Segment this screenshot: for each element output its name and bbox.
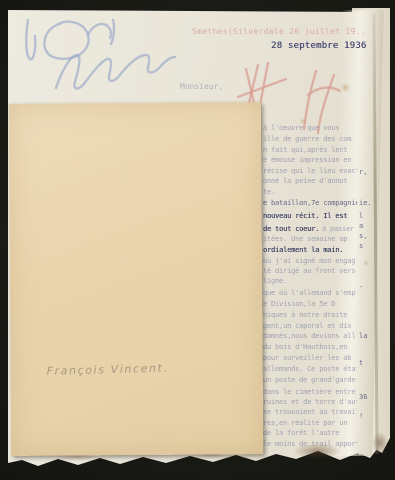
- letter-line-fragment: dans le cimetière entre: [263, 388, 357, 396]
- handwritten-inscription: [12, 10, 202, 105]
- paper-stain: [293, 443, 341, 459]
- letter-line-fragment: niques à notre droite: [263, 311, 357, 319]
- letter-line-fragment: où j'ai signé mon engag: [263, 257, 357, 265]
- edge-line-fragment: l: [359, 212, 363, 220]
- edge-line-fragment: 36: [359, 393, 367, 401]
- letter-line-fragment: n fait qui,après lect: [263, 146, 357, 154]
- edge-line-fragment: la: [359, 332, 367, 340]
- overlay-blank-sheet: François Vincent.: [9, 102, 263, 456]
- edge-line-fragment: ie.: [359, 199, 372, 207]
- letter-line-fragment: à passer: [322, 225, 358, 233]
- letter-line-fragment: ruines et de terre d'aut: [263, 398, 357, 406]
- edge-line-fragment: a: [359, 222, 363, 230]
- letter-line-fragment: te.: [263, 188, 357, 196]
- edge-line-fragment: r,: [359, 168, 367, 176]
- letter-line-fragment: onné la peine d'annot: [263, 177, 357, 185]
- letter-line-fragment: ordialement la main.: [263, 246, 357, 254]
- letter-line-fragment: itées. Une semaine ap: [263, 235, 357, 243]
- letter-line-fragment: e Division,la 5e D: [263, 300, 357, 308]
- letter-line-fragment: un poste de grand'garde: [263, 376, 357, 384]
- edge-line-fragment: s: [359, 242, 363, 250]
- letter-line-fragment: récise qui le lieu exact: [263, 167, 357, 175]
- letter-line-fragment: du bois d'Hautbois,en: [263, 343, 357, 351]
- foxing-spot: [299, 118, 306, 124]
- edge-line-fragment: t: [359, 359, 363, 367]
- letter-line-fragment: à l'oeuvre que vous: [263, 124, 357, 132]
- letter-line-fragment: damnés,nous devions all: [263, 332, 357, 340]
- document-scan: Smethes(Silverdale 26 juillet 19.. 28 se…: [0, 0, 395, 480]
- edge-line-fragment: -: [359, 283, 363, 291]
- letter-line-fragment: nouveau récit. Il est: [263, 212, 357, 220]
- letter-line-fragment: ille de guerre des com: [263, 135, 357, 143]
- letter-line-fragment: gent,un caporal et dix: [263, 322, 357, 330]
- letter-line-fragment: ligne.: [263, 277, 357, 285]
- letter-line-fragment: allemands. Ce poste étai: [263, 365, 357, 373]
- letter-line-fragment: se trouvaient au travail: [263, 408, 357, 416]
- handwritten-name: François Vincent.: [46, 361, 168, 377]
- place-date-line: Smethes(Silverdale 26 juillet 19..: [192, 27, 366, 36]
- letter-line-fragment: pour surveiller les ab: [263, 354, 357, 362]
- letter-line-fragment: res,en réalité par un: [263, 419, 357, 427]
- letter-line-fragment: té dirigé au front vers: [263, 267, 357, 275]
- letter-line-fragment: e bataillon,7e compagnie.: [263, 199, 357, 207]
- edge-line-fragment: !: [359, 412, 363, 420]
- letter-line-fragment: que où l'allemand s'emp: [263, 289, 357, 297]
- edge-line-fragment: s,: [359, 232, 367, 240]
- letter-line-fragment: e émouse impression en: [263, 156, 357, 164]
- paper-stain: [372, 432, 388, 454]
- date-stamp: 28 septembre 1936: [271, 41, 367, 51]
- letter-line-fragment: de la forêt l'autre: [263, 429, 357, 437]
- foxing-spot: [363, 260, 369, 266]
- foxing-spot: [340, 83, 351, 92]
